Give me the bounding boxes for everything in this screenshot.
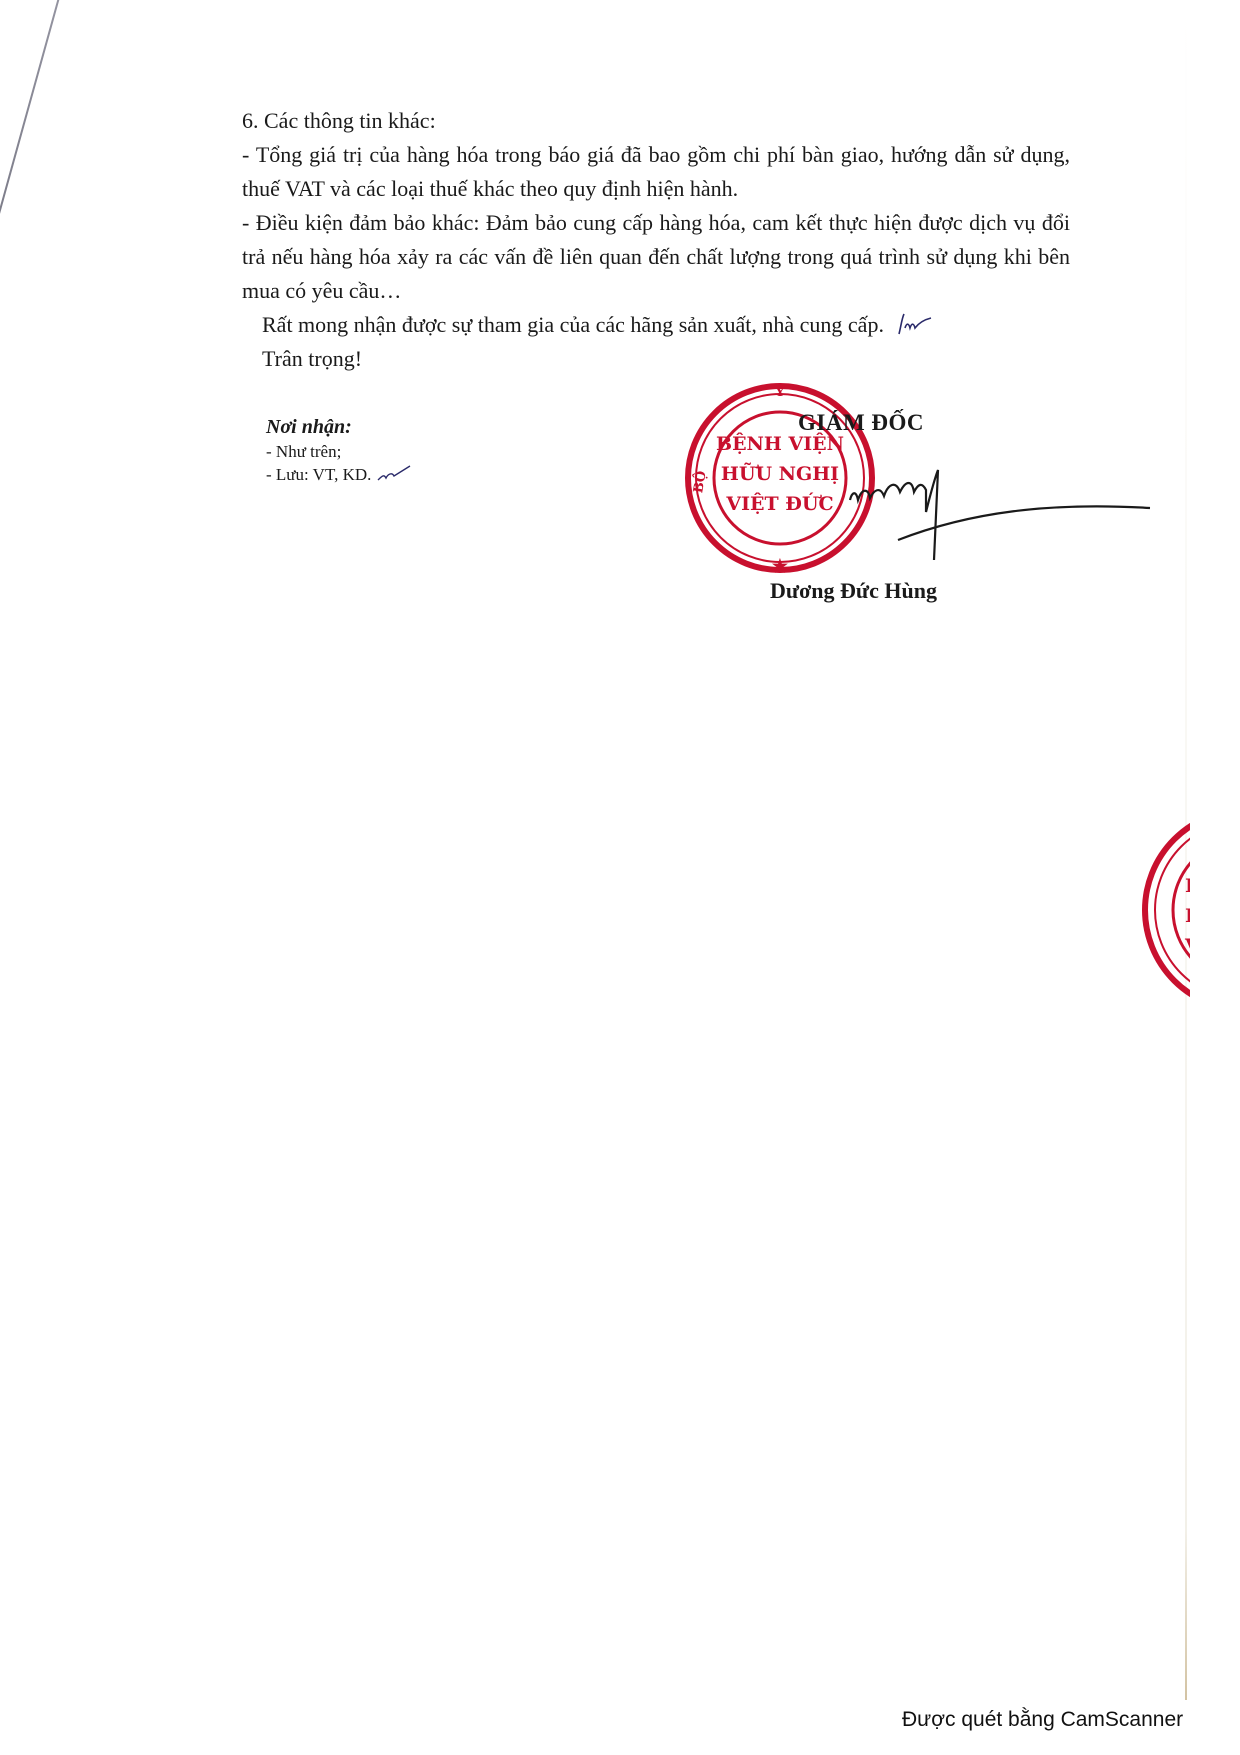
svg-text:HỮU NGHỊ: HỮU NGHỊ bbox=[721, 462, 839, 485]
svg-text:★: ★ bbox=[772, 556, 789, 577]
document-body: 6. Các thông tin khác: - Tổng giá trị củ… bbox=[242, 104, 1070, 376]
signer-role: GIÁM ĐỐC bbox=[798, 410, 924, 436]
recipients-title: Nơi nhận: bbox=[266, 414, 412, 440]
partial-stamp: BỆ HỮ VI bbox=[1135, 800, 1190, 1020]
closing-line: Rất mong nhận được sự tham gia của các h… bbox=[242, 308, 1070, 342]
svg-text:Y: Y bbox=[774, 385, 785, 400]
signer-name: Dương Đức Hùng bbox=[770, 578, 937, 604]
regards: Trân trọng! bbox=[242, 342, 1070, 376]
recipient-item-text: - Lưu: VT, KD. bbox=[266, 465, 371, 484]
scanned-page: 6. Các thông tin khác: - Tổng giá trị củ… bbox=[0, 0, 1240, 1755]
signature-block: Y ★ BỘ BỆNH VIỆN HỮU NGHỊ VIỆT ĐỨC GIÁM … bbox=[690, 380, 1110, 620]
recipients-block: Nơi nhận: - Như trên; - Lưu: VT, KD. bbox=[266, 414, 412, 486]
svg-text:BỘ: BỘ bbox=[689, 469, 710, 494]
handwritten-signature-icon bbox=[830, 440, 1160, 590]
recipient-item: - Như trên; bbox=[266, 440, 412, 463]
svg-text:VIỆT ĐỨC: VIỆT ĐỨC bbox=[725, 492, 833, 515]
closing-line-text: Rất mong nhận được sự tham gia của các h… bbox=[262, 312, 884, 337]
svg-text:BỆ: BỆ bbox=[1185, 874, 1190, 897]
partial-stamp-icon: BỆ HỮ VI bbox=[1135, 800, 1190, 1020]
scan-artifact-line bbox=[0, 0, 62, 231]
paragraph-guarantee-conditions: - Điều kiện đảm bảo khác: Đảm bảo cung c… bbox=[242, 206, 1070, 308]
paragraph-total-value: - Tổng giá trị của hàng hóa trong báo gi… bbox=[242, 138, 1070, 206]
initials-mark-icon bbox=[376, 464, 412, 484]
camscanner-watermark: Được quét bằng CamScanner bbox=[902, 1708, 1183, 1732]
svg-text:VI: VI bbox=[1184, 935, 1190, 957]
svg-text:HỮ: HỮ bbox=[1185, 904, 1190, 927]
initials-mark-icon bbox=[893, 310, 935, 338]
section-heading: 6. Các thông tin khác: bbox=[242, 104, 1070, 138]
recipient-item: - Lưu: VT, KD. bbox=[266, 463, 412, 486]
